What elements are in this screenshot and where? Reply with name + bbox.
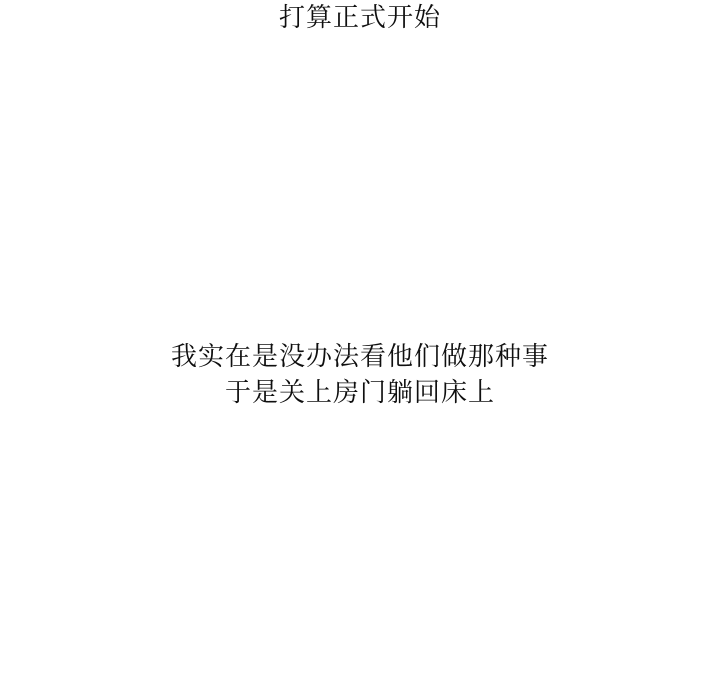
caption-middle-block: 我实在是没办法看他们做那种事 于是关上房门躺回床上: [0, 339, 720, 411]
comic-page: 打算正式开始 我实在是没办法看他们做那种事 于是关上房门躺回床上: [0, 0, 720, 700]
caption-middle-line2: 于是关上房门躺回床上: [0, 375, 720, 411]
caption-middle-line1: 我实在是没办法看他们做那种事: [0, 339, 720, 375]
caption-top: 打算正式开始: [0, 0, 720, 36]
